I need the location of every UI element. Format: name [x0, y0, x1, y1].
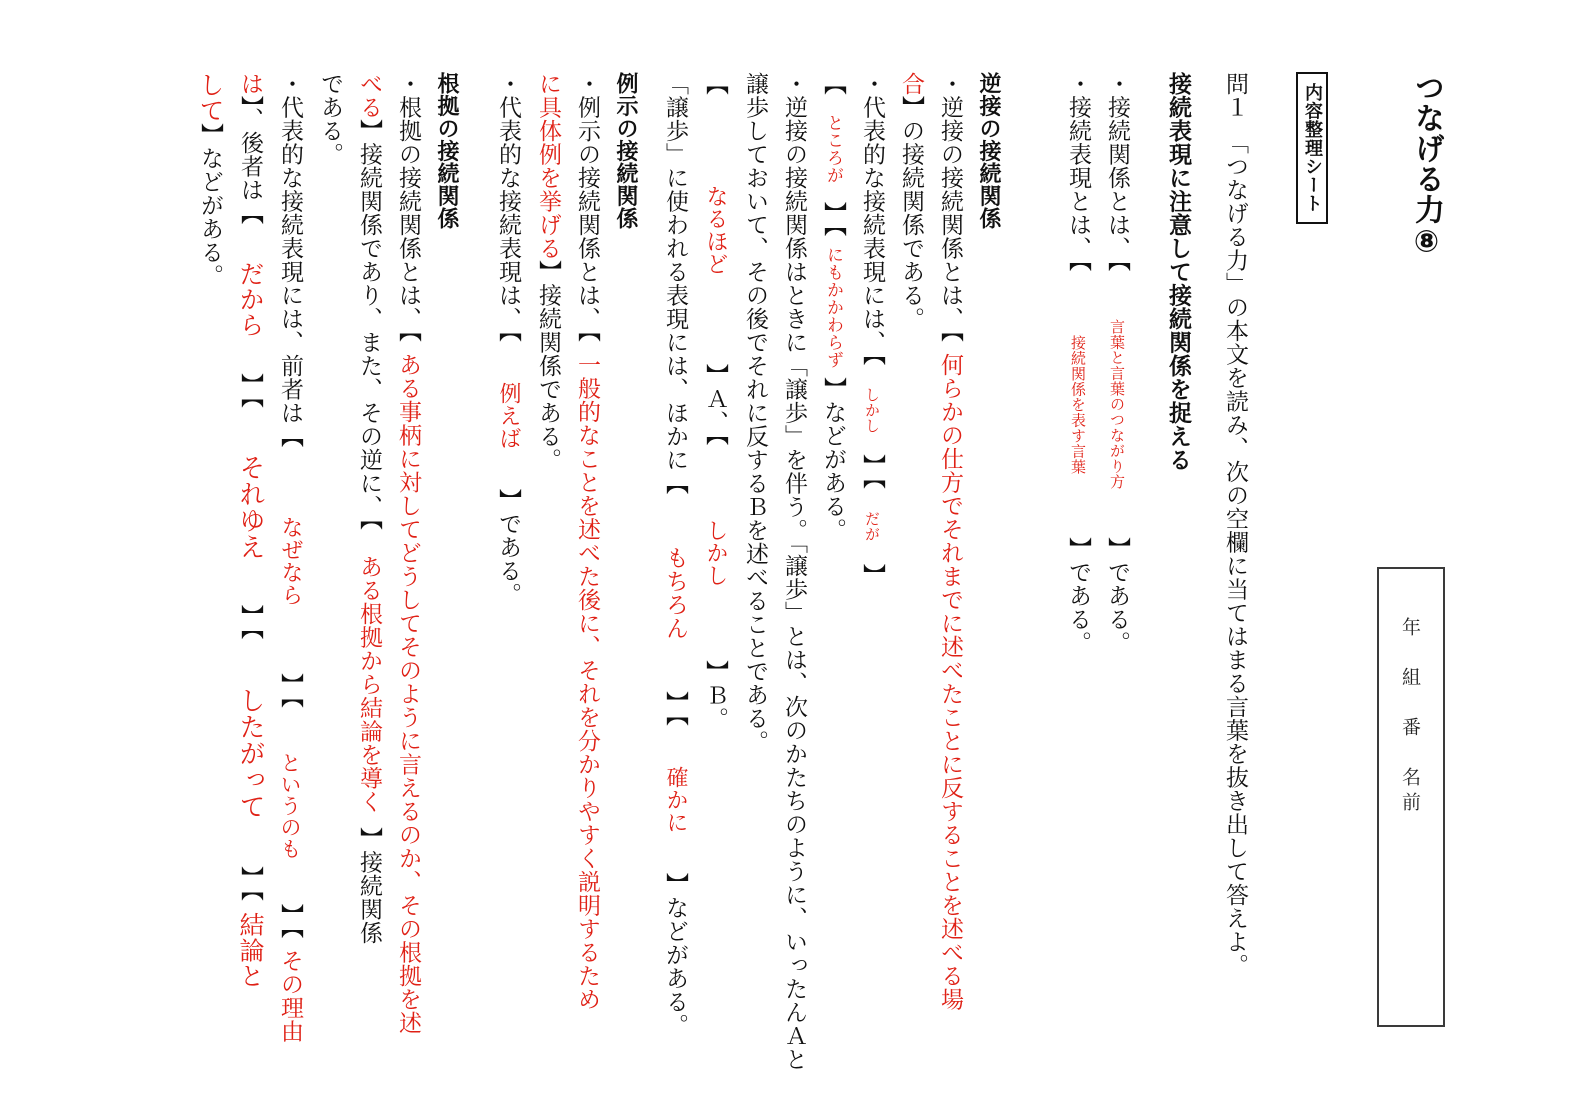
sheet-label-column: 内容整理シート [1294, 72, 1330, 1088]
answer-blank: したがって [236, 640, 263, 866]
def-post-a: 】接続関係 [356, 827, 382, 945]
def-post: 】の接続関係である。 [898, 96, 924, 331]
def-pre: ・根拠の接続関係とは、【 [395, 72, 421, 343]
def-post: 】接続関係である。 [535, 260, 561, 472]
answer-text: なるほど [703, 185, 728, 275]
name-box: 年 組 番 名前 [1377, 567, 1445, 1027]
bracket-sep: 】【 [662, 691, 688, 727]
section-heading-reiji: 例示の接続関係 [612, 72, 639, 1088]
konkyo-def-line-2: べる】接続関係であり、また、その逆に、【ある根拠から結論を導く】接続関係 [355, 72, 382, 1088]
answer-text: 例えば [496, 382, 521, 450]
section-heading-gyakusetsu: 逆接の接続関係 [975, 72, 1002, 1088]
konkyo-rep-line-3: して】などがある。 [196, 72, 224, 1088]
answer-blank: というのも [276, 709, 303, 904]
konkyo-rep-line-1: ・代表的な接続表現には、前者は【なぜなら】【というのも】【その理由 [276, 72, 304, 1088]
answer-blank: もちろん [661, 495, 688, 691]
konkyo-def-line-1: ・根拠の接続関係とは、【ある事柄に対してどうしてそのように言えるのか、その根拠を… [394, 72, 421, 1088]
intro-b1-post: 】である。 [1104, 537, 1130, 655]
reiji-rep-line: ・代表的な接続表現は、【例えば】である。 [494, 72, 522, 1088]
konkyo-def-line-3: である。 [316, 72, 343, 1088]
bracket-sep: 】【 [237, 866, 263, 902]
answer-blank: ところが [819, 96, 846, 202]
form-mid: 】Ａ、【 [702, 364, 728, 447]
answer-text: して [196, 72, 225, 123]
answer-text: しかし [863, 387, 881, 434]
answer-text: 確かに [663, 766, 688, 834]
concession-form-line: 【なるほど】Ａ、【しかし】Ｂ。 [701, 72, 729, 1088]
answer-blank: だから [236, 225, 264, 373]
intro-b2-pre: ・接続表現とは、【 [1065, 72, 1091, 272]
answer-text: 合 [898, 72, 924, 96]
bracket-sep: 】【 [277, 904, 303, 940]
gyakusetsu-rep-line-2: 【ところが】【にもかかわらず】などがある。 [819, 72, 846, 1088]
intro-line-2: ・接続表現とは、【接続関係を表す言葉】である。 [1064, 72, 1091, 1088]
bracket-open: 【 [820, 72, 846, 96]
goal-heading: 接続表現に注意して接続関係を捉える [1164, 72, 1191, 1088]
answer-text: だが [863, 511, 881, 542]
bracket-sep: 】【 [277, 673, 303, 709]
answer-text: それゆえ [235, 454, 265, 560]
answer-text: は [237, 72, 263, 96]
def-pre: ・逆接の接続関係とは、【 [937, 72, 963, 343]
concession-line-2: 譲歩しておいて、その後でそれに反するＢを述べることである。 [741, 72, 768, 1088]
reiji-def-line-2: に具体例を挙げる】接続関係である。 [534, 72, 561, 1088]
answer-text: 何らかの仕方でそれまでに述べたことに反することを述べる場 [937, 343, 963, 1011]
answer-text: というのも [278, 752, 302, 860]
vertical-text-flow: つなげる力⑧ 内容整理シート 問１ 「つなげる力」の本文を読み、次の空欄に当ては… [184, 72, 1448, 1088]
sheet-label-box: 内容整理シート [1296, 72, 1328, 224]
answer-text: 一般的なことを述べた後に、それを分かりやすく説明するため [574, 343, 600, 1011]
answer-text: その理由 [277, 939, 303, 1043]
rep-mid: 】、後者は【 [237, 96, 263, 226]
answer-blank: 言葉と言葉のつながり方 [1103, 272, 1130, 537]
answer-blank: 接続関係を表す言葉 [1064, 272, 1091, 537]
other-post: 】などがある。 [662, 873, 688, 1038]
rep-pre: ・代表的な接続表現には、前者は【 [277, 72, 303, 448]
answer-blank: なぜなら [276, 448, 304, 673]
answer-text: したがって [235, 687, 265, 820]
answer-text: だから [236, 261, 265, 338]
intro-line-1: ・接続関係とは、【言葉と言葉のつながり方】である。 [1103, 72, 1130, 1088]
section-heading-konkyo: 根拠の接続関係 [433, 72, 460, 1088]
answer-text: 結論と [236, 902, 265, 989]
rep-pre: ・代表的な接続表現は、【 [495, 72, 521, 343]
bracket-sep: 】【 [237, 605, 263, 641]
answer-blank: なるほど [701, 96, 729, 364]
gyakusetsu-def-line-2: 合】の接続関係である。 [897, 72, 924, 1088]
answer-text: ところが [823, 114, 843, 184]
gyakusetsu-def-line-1: ・逆接の接続関係とは、【何らかの仕方でそれまでに述べたことに反することを述べる場 [936, 72, 963, 1088]
concession-line-1: ・逆接の接続関係はときに「譲歩」を伴う。「譲歩」とは、次のかたちのように、いった… [780, 72, 807, 1088]
bracket-open: 【 [702, 72, 728, 96]
answer-text: べる [356, 72, 382, 119]
concession-other-line: 「譲歩」に使われる表現には、ほかに【もちろん】【確かに】などがある。 [661, 72, 689, 1088]
gyakusetsu-rep-line-1: ・代表的な接続表現には、【しかし】【だが】 [858, 72, 885, 1088]
answer-blank: だが [858, 490, 885, 564]
answer-text: に具体例を挙げる [535, 72, 561, 260]
answer-text: なぜなら [278, 516, 303, 606]
rep-post: 】である。 [495, 489, 521, 607]
konkyo-rep-line-2: は】、後者は【だから】【それゆえ】【したがって】【結論と [236, 72, 264, 1088]
bracket-sep: 】【 [820, 202, 846, 238]
bracket-sep: 】【 [237, 373, 263, 409]
bracket-close: 】 [859, 564, 885, 588]
answer-blank: それゆえ [236, 409, 263, 605]
question-1: 問１ 「つなげる力」の本文を読み、次の空欄に当てはまる言葉を抜き出して答えよ。 [1221, 72, 1248, 1088]
answer-blank: にもかかわらず [819, 237, 846, 377]
answer-text: 言葉と言葉のつながり方 [1108, 319, 1126, 490]
reiji-def-line-1: ・例示の接続関係とは、【一般的なことを述べた後に、それを分かりやすく説明するため [573, 72, 600, 1088]
def-mid: 】接続関係であり、また、その逆に、【 [356, 119, 382, 531]
def-pre: ・例示の接続関係とは、【 [574, 72, 600, 343]
intro-b2-post: 】である。 [1065, 537, 1091, 655]
other-pre: 「譲歩」に使われる表現には、ほかに【 [662, 72, 688, 495]
answer-text: にもかかわらず [823, 246, 843, 369]
answer-blank: しかし [858, 366, 885, 454]
intro-b1-pre: ・接続関係とは、【 [1104, 72, 1130, 272]
bracket-sep: 】【 [859, 454, 885, 490]
answer-blank: 例えば [494, 343, 522, 489]
answer-text: ある根拠から結論を導く [356, 531, 382, 828]
form-post: 】Ｂ。 [702, 660, 728, 731]
rep-post: 】などがある。 [820, 377, 846, 542]
worksheet-page: つなげる力⑧ 内容整理シート 問１ 「つなげる力」の本文を読み、次の空欄に当ては… [0, 0, 1580, 1117]
answer-blank: 確かに [661, 727, 689, 873]
answer-text: しかし [703, 519, 728, 587]
answer-text: 接続関係を表す言葉 [1069, 335, 1087, 475]
answer-blank: しかし [701, 446, 729, 660]
rep-post: 】などがある。 [197, 123, 223, 288]
answer-text: もちろん [662, 546, 688, 640]
answer-text: ある事柄に対してどうしてそのように言えるのか、その根拠を述 [395, 343, 421, 1035]
rep-pre: ・代表的な接続表現には、【 [859, 72, 885, 366]
